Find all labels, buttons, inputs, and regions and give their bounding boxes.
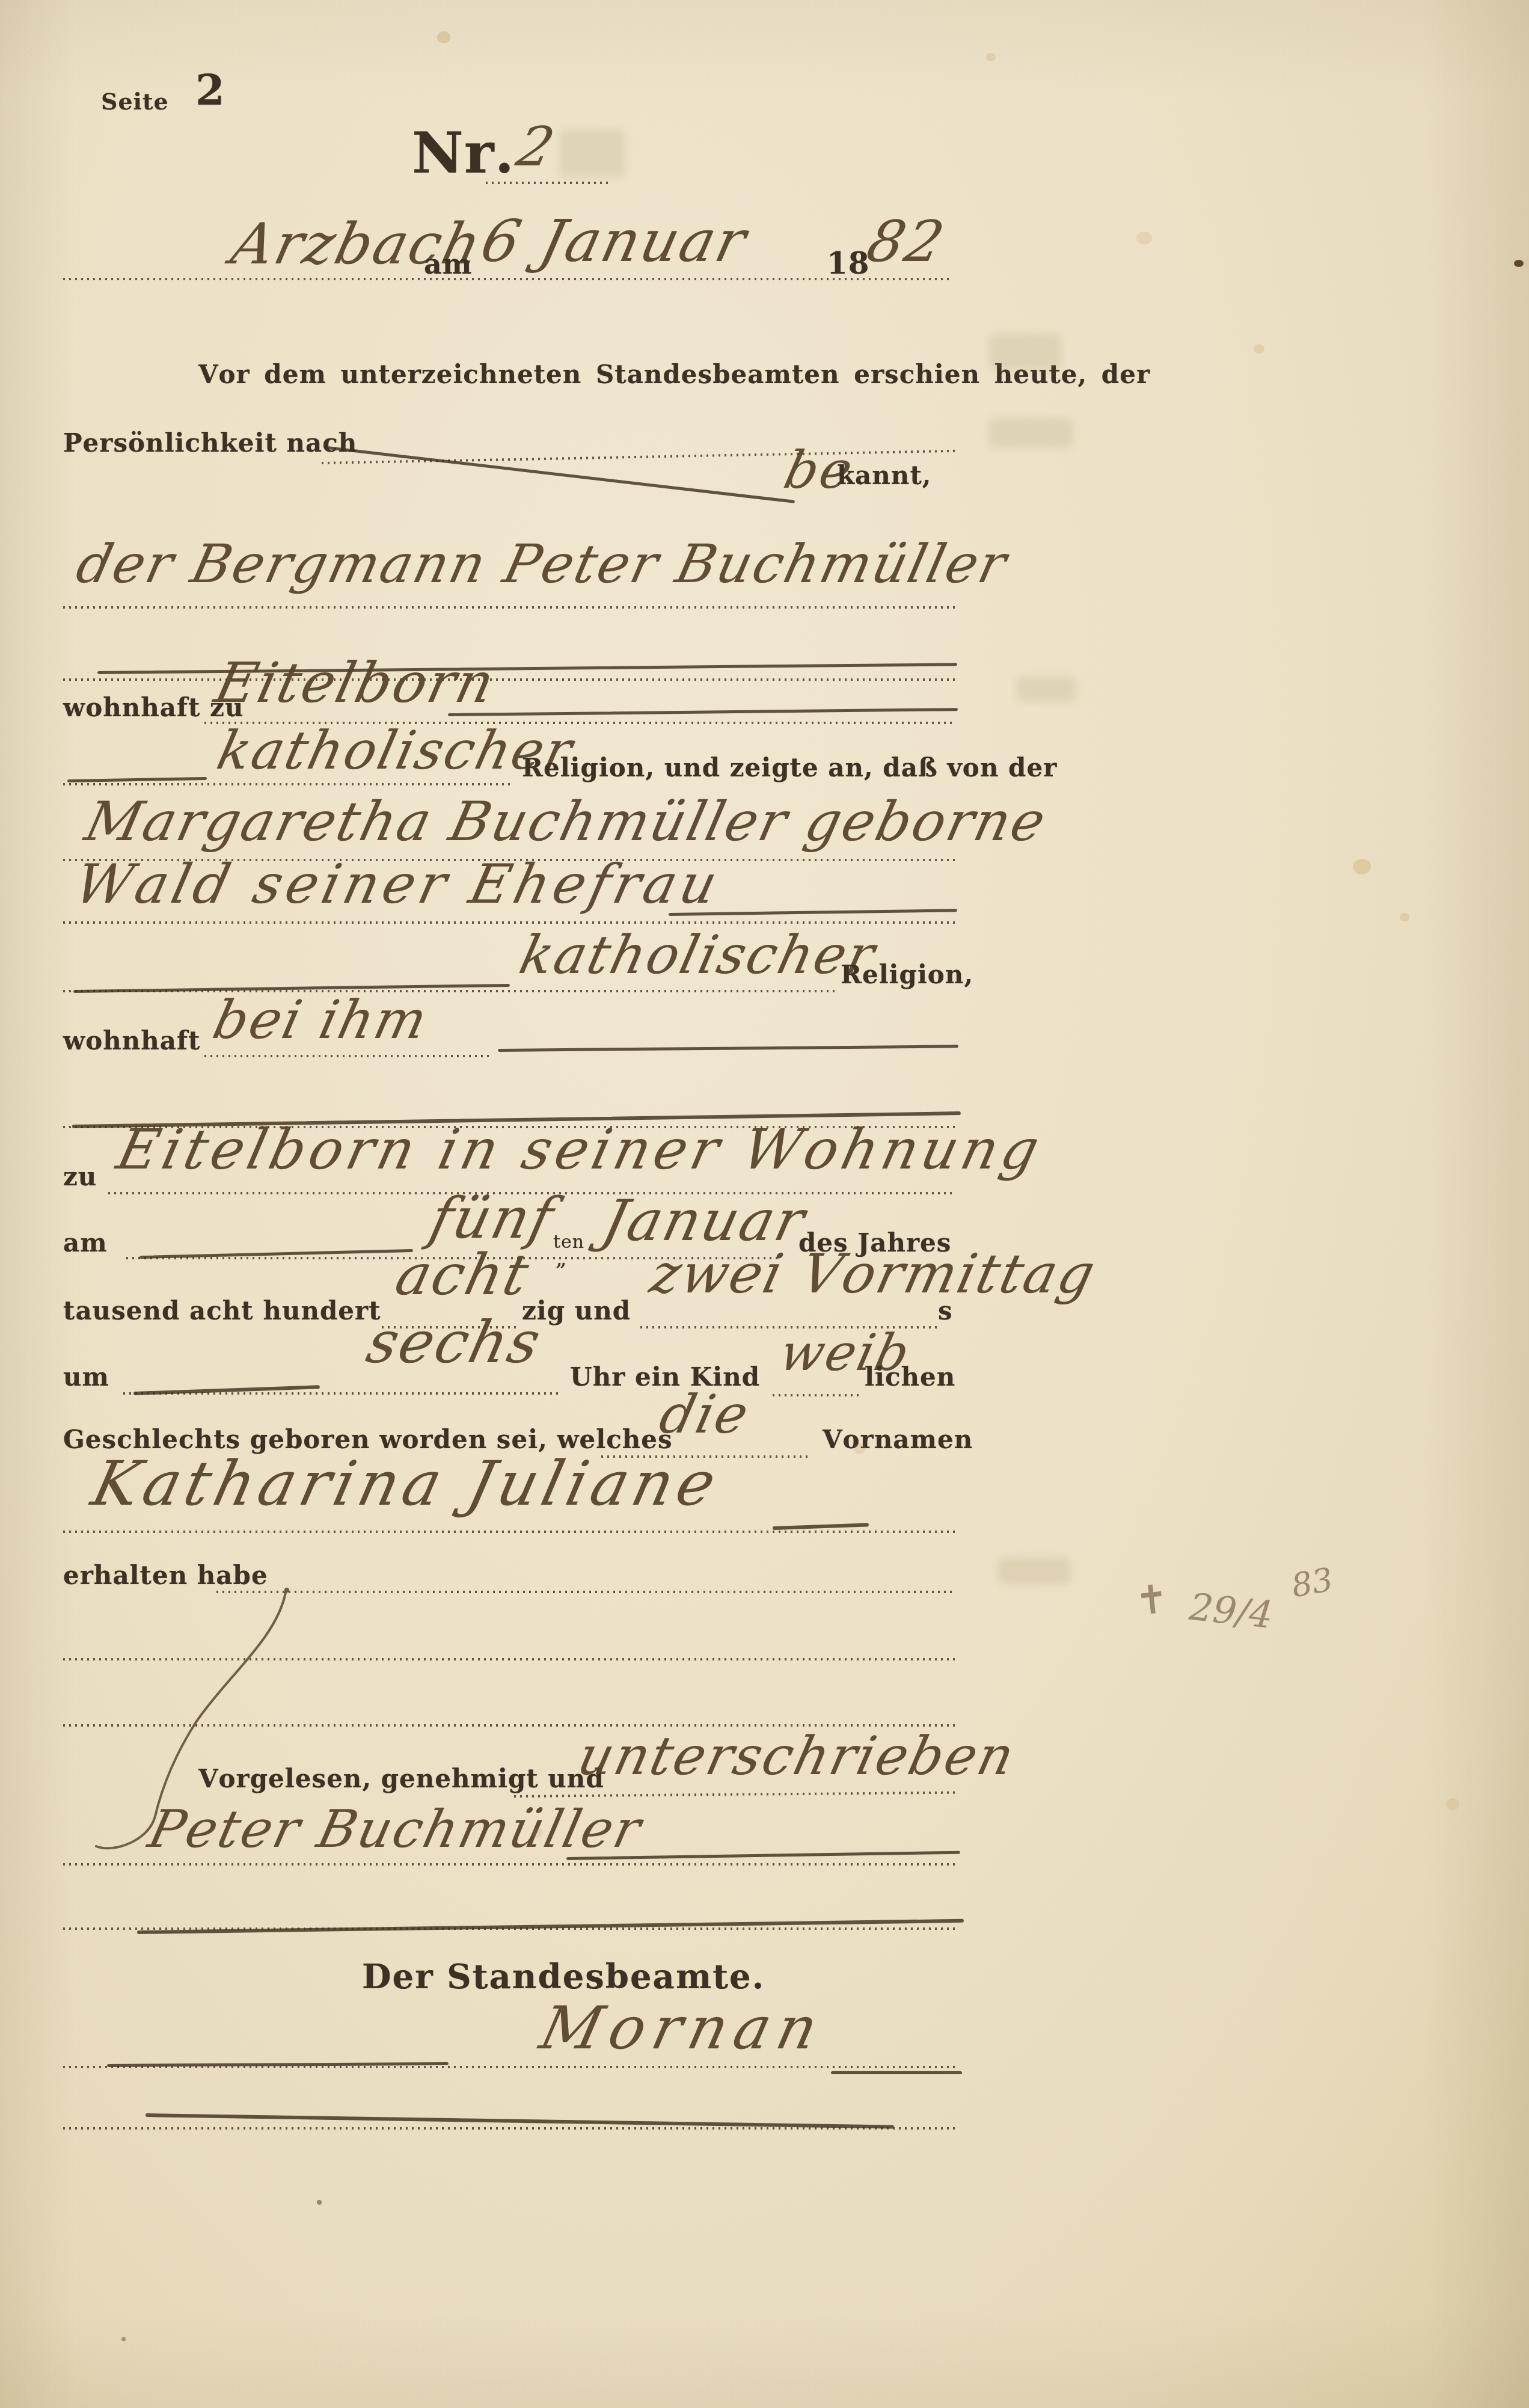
ink-fill-stroke: [448, 708, 958, 716]
dotted-line: [63, 1863, 956, 1866]
record-number-value: 2: [511, 115, 562, 179]
fox-spot: [1136, 232, 1152, 245]
ink-fill-stroke: [831, 2071, 962, 2074]
religion1-printed: Religion, und zeigte an, daß von der: [522, 753, 1057, 782]
registrar-signature: Mornan: [534, 1994, 832, 2063]
um-label: um: [63, 1362, 109, 1392]
fox-spot: [532, 1828, 543, 1838]
ink-bleed-ghost: [1016, 677, 1076, 702]
mother-name-entry: Margaretha Buchmüller geborne: [79, 790, 1053, 853]
given-names-entry: Katharina Juliane: [85, 1448, 727, 1520]
fox-spot: [1446, 1798, 1459, 1810]
ink-bleed-ghost: [989, 334, 1061, 370]
record-number-label: Nr.: [412, 120, 515, 186]
decade-entry: acht: [390, 1242, 536, 1308]
dotted-line: [773, 1394, 860, 1396]
hour-entry: sechs: [361, 1309, 548, 1376]
year-units-entry: zwei Vormittag: [645, 1242, 1102, 1306]
ink-fill-stroke: [67, 777, 207, 782]
dateline-day-month: 6 Januar: [475, 207, 754, 275]
ink-speck: [121, 2337, 126, 2341]
dotted-line: [486, 182, 609, 184]
dateline-am: am: [424, 248, 472, 280]
residence-entry: Eitelborn: [209, 651, 502, 715]
registrar-title: Der Standesbeamte.: [362, 1957, 765, 1997]
fox-spot: [986, 53, 996, 61]
ink-fill-stroke: [137, 1919, 964, 1934]
ink-fill-stroke: [773, 1523, 869, 1530]
margin-note-date: 29/4: [1187, 1585, 1275, 1637]
ink-bleed-ghost: [998, 1558, 1070, 1584]
religion2-entry: katholischer: [514, 924, 882, 986]
ink-fill-stroke: [498, 1045, 958, 1052]
register-page: Seite 2 Nr. 2 Arzbach am 6 Januar 18 82 …: [0, 0, 1529, 2408]
margin-cross-symbol: ✝: [1133, 1575, 1171, 1624]
persoenlichkeit-label: Persönlichkeit nach: [63, 428, 357, 458]
ink-speck: [317, 2200, 322, 2205]
ten-repeat-mark: „: [556, 1246, 568, 1271]
dotted-line: [204, 1055, 493, 1057]
bei-ihm-entry: bei ihm: [207, 989, 435, 1051]
plural-s-label: s: [938, 1296, 953, 1325]
fox-spot: [437, 31, 450, 43]
lichen-label: lichen: [865, 1362, 955, 1392]
dotted-line: [63, 1531, 956, 1533]
dateline-year: 82: [861, 209, 952, 275]
dotted-line: [63, 278, 953, 280]
margin-note-year: 83: [1288, 1561, 1336, 1605]
unterschrieben-entry: unterschrieben: [572, 1725, 1022, 1787]
dotted-line: [63, 783, 514, 785]
page-number: 2: [195, 65, 225, 115]
fox-spot: [1400, 913, 1409, 921]
wohnhaft-label: wohnhaft: [63, 1026, 200, 1055]
fox-spot: [1353, 859, 1371, 874]
declarant-signature: Peter Buchmüller: [143, 1799, 648, 1860]
fox-spot: [854, 1443, 866, 1454]
bekannt-printed: kannt,: [837, 461, 931, 490]
dotted-line: [216, 1591, 956, 1593]
vornamen-label: Vornamen: [823, 1425, 973, 1454]
zu-label: zu: [63, 1162, 97, 1191]
dotted-line: [63, 678, 956, 681]
am-label: am: [63, 1228, 108, 1258]
birthplace-entry: Eitelborn in seiner Wohnung: [111, 1117, 1049, 1182]
seite-label: Seite: [101, 88, 169, 115]
ink-bleed-ghost: [559, 129, 625, 177]
vorgelesen-label: Vorgelesen, genehmigt und: [198, 1764, 604, 1793]
fox-spot: [1254, 344, 1264, 354]
dotted-line: [63, 606, 956, 609]
ink-speck: [1514, 260, 1524, 267]
birth-day-entry: fünf: [424, 1186, 561, 1252]
article-entry: die: [654, 1383, 756, 1445]
ink-bleed-ghost: [989, 418, 1073, 448]
tausend-label: tausend acht hundert: [63, 1296, 381, 1325]
declarant-entry: der Bergmann Peter Buchmüller: [71, 533, 1014, 595]
dotted-line: [63, 1658, 956, 1660]
mother-maiden-entry: Wald seiner Ehefrau: [69, 853, 727, 916]
ink-fill-stroke: [146, 2113, 894, 2129]
religion2-printed: Religion,: [841, 960, 973, 989]
